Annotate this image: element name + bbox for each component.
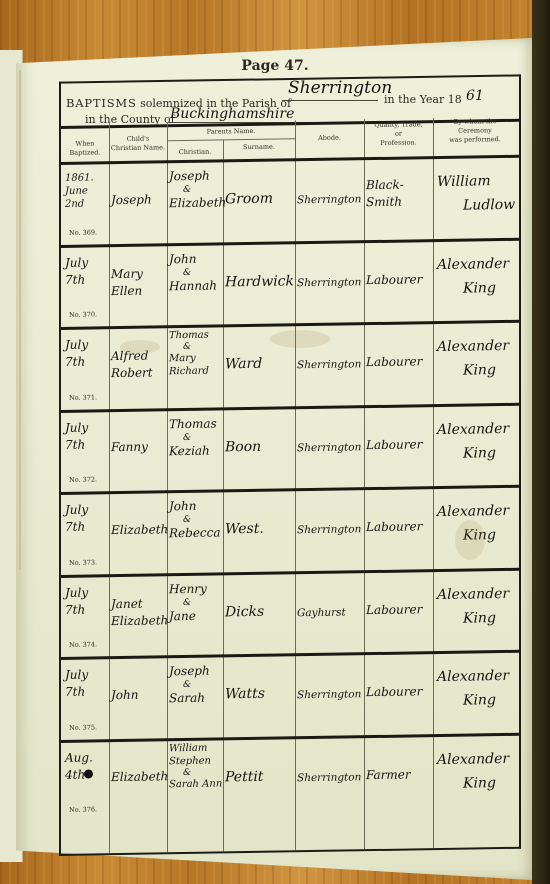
parents-christian-names-line: Joseph <box>169 662 223 680</box>
baptism-date: July7th <box>65 254 109 289</box>
parents-surname: Dicks <box>225 603 264 621</box>
ceremony-performed-by-line: King <box>437 688 519 713</box>
col-header-abode: Abode. <box>295 133 364 143</box>
quality-trade-profession-line: Labourer <box>366 436 433 454</box>
baptism-date-line: 7th <box>65 436 109 454</box>
child-christian-name-line: Joseph <box>111 191 167 209</box>
column-divider <box>295 120 296 850</box>
row-separator <box>61 155 519 165</box>
abode: Sherrington <box>297 686 361 704</box>
child-christian-name-line: Robert <box>111 365 167 383</box>
parents-surname: Hardwick <box>225 273 294 291</box>
entry-number: No. 371. <box>69 393 97 401</box>
row-separator <box>61 732 519 742</box>
child-christian-name-line: Elizabeth <box>111 769 167 787</box>
parents-christian-names-line: Thomas <box>169 328 223 342</box>
child-christian-name: Elizabeth <box>111 521 167 539</box>
col-header-quality: Quality, Trade,orProfession. <box>364 120 433 148</box>
child-christian-name: JanetElizabeth <box>111 595 167 630</box>
parents-christian-names-line: Elizabeth <box>169 194 223 212</box>
ceremony-performed-by-line: King <box>437 358 519 383</box>
row-separator <box>61 402 519 412</box>
ceremony-performed-by-line: Alexander <box>437 664 519 689</box>
quality-trade-profession: Farmer <box>366 766 433 784</box>
quality-trade-profession: Labourer <box>366 436 433 454</box>
ink-blot <box>84 769 93 778</box>
parents-surname: Watts <box>225 686 265 704</box>
row-separator <box>61 320 519 330</box>
page-gutter-mark <box>19 70 21 570</box>
parents-christian-names: Joseph&Sarah <box>169 662 223 707</box>
parents-christian-names-line: John <box>169 250 223 268</box>
baptism-date-line: July <box>65 501 109 519</box>
abode: Sherrington <box>297 439 361 457</box>
baptism-date-line: July <box>65 254 109 272</box>
parents-christian-names-line: Thomas <box>169 415 223 433</box>
baptism-date-line: 7th <box>65 518 109 536</box>
quality-trade-profession: Labourer <box>366 271 433 289</box>
ceremony-performed-by: AlexanderKing <box>437 664 519 713</box>
ceremony-performed-by: AlexanderKing <box>437 416 519 465</box>
row-separator <box>61 485 519 495</box>
parish-name: Sherrington <box>288 78 392 98</box>
abode: Sherrington <box>297 191 361 209</box>
parents-christian-names-line: John <box>169 497 223 515</box>
child-christian-name-line: Elizabeth <box>111 521 167 539</box>
parents-surname: Groom <box>225 191 273 209</box>
column-divider <box>433 118 434 848</box>
page-number: Page 47. <box>0 58 550 74</box>
parents-christian-names: John&Rebecca <box>169 497 223 542</box>
ceremony-performed-by: WilliamLudlow <box>437 169 519 218</box>
entry-number: No. 369. <box>69 228 97 236</box>
baptism-date: July7th <box>65 501 109 536</box>
year-value: 61 <box>466 88 484 104</box>
child-christian-name-line: Mary <box>111 265 167 283</box>
col-header-parents-name: Parents Name. <box>167 126 295 137</box>
column-divider <box>109 123 110 853</box>
quality-trade-profession-line: Labourer <box>366 601 433 619</box>
ceremony-performed-by-line: King <box>437 605 519 630</box>
col-header-parents-surname: Surname. <box>223 142 295 152</box>
baptism-date-line: 1861. <box>65 171 109 185</box>
quality-trade-profession: Labourer <box>366 601 433 619</box>
row-separator <box>61 650 519 660</box>
entry-number: No. 372. <box>69 475 97 483</box>
parents-subheader-rule <box>168 138 295 141</box>
ceremony-performed-by-line: King <box>437 275 519 300</box>
ceremony-performed-by-line: King <box>437 440 519 465</box>
col-header-parents-christian: Christian. <box>167 147 223 157</box>
baptism-date-line: June <box>65 184 109 198</box>
ceremony-performed-by-line: Ludlow <box>437 193 519 218</box>
quality-trade-profession-line: Labourer <box>366 353 433 371</box>
parish-fill-line <box>282 100 378 101</box>
quality-trade-profession-line: Labourer <box>366 518 433 536</box>
parents-christian-names-line: Hannah <box>169 277 223 295</box>
abode: Gayhurst <box>297 604 346 622</box>
baptism-date: July7th <box>65 419 109 454</box>
ceremony-performed-by: AlexanderKing <box>437 746 519 795</box>
parents-christian-names-line: Henry <box>169 580 223 598</box>
entry-number: No. 375. <box>69 723 97 731</box>
paper-stain <box>455 520 485 560</box>
child-christian-name: Elizabeth <box>111 769 167 787</box>
row-separator <box>61 237 519 247</box>
column-divider <box>364 119 365 849</box>
col-header-when-baptized: WhenBaptized. <box>61 139 109 158</box>
parents-christian-names: John&Hannah <box>169 250 223 295</box>
baptisms-heading: BAPTISMS <box>66 96 137 110</box>
parents-christian-names: Thomas&Keziah <box>169 415 223 460</box>
entry-number: No. 373. <box>69 558 97 566</box>
column-divider <box>223 139 224 851</box>
parents-christian-names-line: Rebecca <box>169 524 223 542</box>
quality-trade-profession-line: Farmer <box>366 766 433 784</box>
baptism-date: July7th <box>65 584 109 619</box>
ceremony-performed-by-line: King <box>437 770 519 795</box>
baptism-date: 1861.June2nd <box>65 171 109 211</box>
parents-christian-names-line: Jane <box>169 607 223 625</box>
quality-trade-profession-line: Smith <box>366 193 433 211</box>
ceremony-performed-by: AlexanderKing <box>437 334 519 383</box>
abode: Sherrington <box>297 274 361 292</box>
column-divider <box>167 122 168 852</box>
ceremony-performed-by-line: Alexander <box>437 581 519 606</box>
baptism-date-line: 7th <box>65 353 109 371</box>
parents-christian-names-line: Keziah <box>169 442 223 460</box>
ceremony-performed-by-line: Alexander <box>437 416 519 441</box>
baptism-date-line: Aug. <box>65 749 109 767</box>
ceremony-performed-by: AlexanderKing <box>437 251 519 300</box>
baptism-register-table: WhenBaptized. Child'sChristian Name. Par… <box>59 117 521 856</box>
quality-trade-profession-line: Black- <box>366 176 433 194</box>
year-label: in the Year 18 <box>384 93 462 106</box>
child-christian-name: Joseph <box>111 191 167 209</box>
quality-trade-profession: Black-Smith <box>366 176 433 211</box>
baptism-date-line: July <box>65 336 109 354</box>
parents-christian-names: Joseph&Elizabeth <box>169 167 223 212</box>
parents-christian-names-line: Sarah <box>169 689 223 707</box>
entry-number: No. 374. <box>69 640 97 648</box>
parents-christian-names-line: Richard <box>169 364 223 378</box>
ceremony-performed-by-line: Alexander <box>437 746 519 771</box>
baptism-date-line: 7th <box>65 271 109 289</box>
baptism-date-line: 7th <box>65 601 109 619</box>
parents-christian-names: WilliamStephen&Sarah Ann <box>169 741 223 791</box>
baptism-date-line: July <box>65 666 109 684</box>
child-christian-name: John <box>111 686 167 704</box>
parents-surname: Boon <box>225 438 261 456</box>
col-header-by-whom: By whom theCeremonywas performed. <box>433 117 517 145</box>
quality-trade-profession-line: Labourer <box>366 683 433 701</box>
baptism-date-line: July <box>65 584 109 602</box>
ceremony-performed-by-line: William <box>437 169 519 194</box>
entry-number: No. 370. <box>69 310 97 318</box>
parents-christian-names-line: Sarah Ann <box>169 777 223 791</box>
ceremony-performed-by-line: Alexander <box>437 251 519 276</box>
col-header-child-name: Child'sChristian Name. <box>109 134 167 153</box>
baptism-date: July7th <box>65 336 109 371</box>
paper-stain <box>120 340 160 354</box>
child-christian-name-line: Fanny <box>111 439 167 457</box>
ceremony-performed-by-line: Alexander <box>437 334 519 359</box>
child-christian-name-line: Ellen <box>111 282 167 300</box>
book-cover-edge <box>532 0 550 884</box>
baptism-date: Aug.4th <box>65 749 109 784</box>
quality-trade-profession: Labourer <box>366 518 433 536</box>
quality-trade-profession: Labourer <box>366 353 433 371</box>
parents-surname: Pettit <box>225 768 263 786</box>
parents-surname: Ward <box>225 356 262 374</box>
child-christian-name: Fanny <box>111 439 167 457</box>
parents-christian-names-line: Mary <box>169 351 223 365</box>
parents-christian-names-line: Joseph <box>169 167 223 185</box>
paper-stain <box>270 330 330 348</box>
child-christian-name: MaryEllen <box>111 265 167 300</box>
parents-christian-names-line: William <box>169 741 223 755</box>
child-christian-name-line: Elizabeth <box>111 612 167 630</box>
quality-trade-profession-line: Labourer <box>366 271 433 289</box>
parents-christian-names-line: Stephen <box>169 754 223 768</box>
child-christian-name-line: John <box>111 686 167 704</box>
abode: Sherrington <box>297 769 361 787</box>
baptism-date-line: 2nd <box>65 197 109 211</box>
ceremony-performed-by: AlexanderKing <box>437 581 519 630</box>
child-christian-name-line: Janet <box>111 595 167 613</box>
abode: Sherrington <box>297 521 361 539</box>
baptism-date-line: 7th <box>65 683 109 701</box>
quality-trade-profession: Labourer <box>366 683 433 701</box>
row-separator <box>61 567 519 577</box>
baptism-date: July7th <box>65 666 109 701</box>
parents-surname: West. <box>225 521 264 539</box>
baptism-date-line: July <box>65 419 109 437</box>
abode: Sherrington <box>297 356 361 374</box>
parents-christian-names: Thomas&MaryRichard <box>169 328 223 378</box>
entry-number: No. 376. <box>69 805 97 813</box>
parents-christian-names: Henry&Jane <box>169 580 223 625</box>
ceremony-performed-by-line: Alexander <box>437 499 519 524</box>
